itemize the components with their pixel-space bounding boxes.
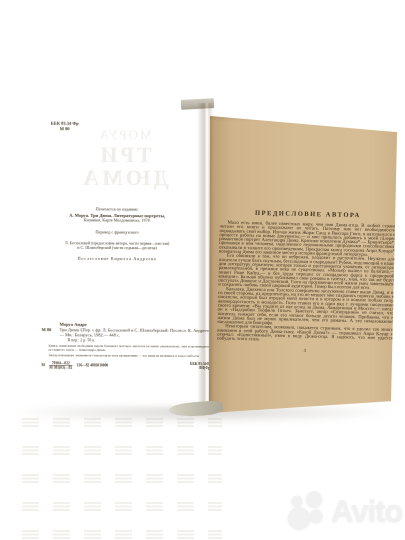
translation-heading: Перевод с французского <box>28 230 206 235</box>
catalog-entry-text: Три Дюма /[Пер. с фр. Л. Беспаловой и С.… <box>60 327 214 337</box>
annotation-paragraph-1: Книга, написанная свободным пером большо… <box>49 344 211 352</box>
avito-watermark: Avito <box>286 490 402 532</box>
right-page: ПРЕДИСЛОВИЕ АВТОРА Мало есть имен, более… <box>205 112 400 417</box>
book-gutter <box>197 103 214 415</box>
avito-logo-icon <box>286 490 328 532</box>
catalog-entry: М 80 Три Дюма /[Пер. с фр. Л. Беспаловой… <box>42 327 214 338</box>
index-fraction: 70304—022 М 301(03)—82 <box>49 361 72 370</box>
preface-paragraph-1: Мало есть имен, более известных миру, че… <box>219 220 396 257</box>
preface-body: Мало есть имен, более известных миру, че… <box>217 220 396 344</box>
preface-paragraph-4: Некоторым читателям, возможно, покажется… <box>217 324 393 345</box>
preface-content: ПРЕДИСЛОВИЕ АВТОРА Мало есть имен, более… <box>214 208 396 498</box>
preface-heading: ПРЕДИСЛОВИЕ АВТОРА <box>220 208 396 220</box>
index-prefix: М <box>41 363 44 367</box>
background-watermark-pattern <box>22 418 222 540</box>
preface-paragraph-2: Его обвиняли в том, что он небрежен, пло… <box>218 254 395 291</box>
avito-watermark-text: Avito <box>331 493 402 529</box>
catalog-index-formula: М 70304—022 М 301(03)—82 136—82 48030100… <box>41 361 213 370</box>
page-number: 3 <box>217 346 393 355</box>
afterword-credit: Послесловие Кирилла Андреева <box>28 256 206 261</box>
printed-from-label: Печатается по изданию: <box>28 207 206 212</box>
left-page: МОРУА ТРИ ДЮМА ББК 83.34 Фр М 80 Печатае… <box>12 103 210 418</box>
source-edition-publisher: Кишинев, Картя Молдовеняскэ, 1974. <box>28 218 206 223</box>
preface-paragraph-3: Бальзака, Диккенса или Толстого совершен… <box>217 287 394 328</box>
index-tail: 136—82 4803010000 <box>77 363 108 367</box>
translators-line2: и С. Шлапоберской (части седьмая—десятая… <box>28 245 206 250</box>
bbk-classification-top: ББК 83.34 Фр М 80 <box>51 121 107 143</box>
index-denominator: М 301(03)—82 <box>49 366 72 370</box>
imprint-block: Печатается по изданию: А. Моруа. Три Дюм… <box>28 207 207 316</box>
showthrough-title-line1: ТРИ <box>64 143 184 167</box>
catalog-index: М 80 <box>42 327 52 332</box>
author-sign: М 80 <box>51 126 107 132</box>
product-photo: МОРУА ТРИ ДЮМА ББК 83.34 Фр М 80 Печатае… <box>0 0 405 540</box>
price-line: В пер.: 2 р. 50 к. <box>68 338 214 343</box>
annotation-paragraph-2: Автор показывает знаменитого писателя во… <box>48 354 210 359</box>
showthrough-title-line2: ДЮМА <box>64 166 184 190</box>
